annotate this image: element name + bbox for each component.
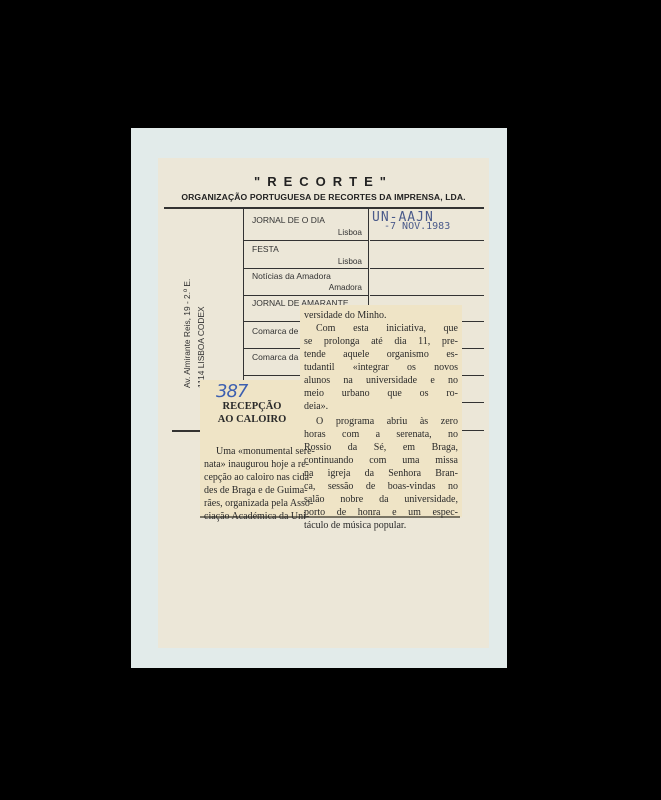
row-rule bbox=[370, 295, 484, 296]
article-line: na igreja da Senhora Bran- bbox=[304, 467, 458, 480]
article-line: porto de honra e um espec- bbox=[304, 506, 458, 519]
row-rule bbox=[462, 348, 484, 349]
article-line: ciação Académica da Uni- bbox=[204, 510, 300, 523]
article-line: Com esta iniciativa, que bbox=[304, 322, 458, 335]
table-column-divider bbox=[368, 208, 369, 308]
row-rule bbox=[243, 348, 303, 349]
publication-name: Notícias da Amadora bbox=[252, 271, 331, 281]
address-line-2: 1114 LISBOA CODEX bbox=[194, 279, 208, 388]
publication-name: JORNAL DE O DIA bbox=[252, 215, 325, 225]
article-line: rães, organizada pela Asso- bbox=[204, 497, 300, 510]
header-rule bbox=[164, 207, 484, 209]
row-rule bbox=[243, 240, 368, 241]
article-line: versidade do Minho. bbox=[304, 309, 458, 322]
headline: RECEPÇÃO AO CALOIRO bbox=[202, 400, 302, 426]
row-rule bbox=[462, 375, 484, 376]
row-rule bbox=[243, 375, 303, 376]
article-right-column-p1: versidade do Minho.Com esta iniciativa, … bbox=[304, 309, 458, 413]
article-line: se prolonga até dia 11, pre- bbox=[304, 335, 458, 348]
stamp-date: -7 NOV.1983 bbox=[384, 221, 450, 232]
handwritten-number: 387 bbox=[216, 381, 247, 402]
article-line: tende aquele organismo es- bbox=[304, 348, 458, 361]
headline-line-1: RECEPÇÃO bbox=[202, 400, 302, 413]
article-line: O programa abriu às zero bbox=[304, 415, 458, 428]
article-line: continuando com uma missa bbox=[304, 454, 458, 467]
row-rule bbox=[370, 240, 484, 241]
address-block: Av. Almirante Reis, 19 - 2.º E. 1114 LIS… bbox=[180, 279, 208, 388]
row-rule bbox=[462, 430, 484, 431]
article-line: des de Braga e de Guima- bbox=[204, 484, 300, 497]
article-line: alunos na universidade e no bbox=[304, 374, 458, 387]
article-left-column: Uma «monumental sere-nata» inaugurou hoj… bbox=[204, 445, 300, 523]
article-line: deia». bbox=[304, 400, 458, 413]
row-rule bbox=[243, 295, 368, 296]
row-rule bbox=[370, 268, 484, 269]
article-right-column-p2: O programa abriu às zerohoras com a sere… bbox=[304, 415, 458, 532]
letterhead-title: "RECORTE" bbox=[158, 174, 489, 189]
row-rule bbox=[243, 321, 303, 322]
article-line: ca, sessão de boas-vindas no bbox=[304, 480, 458, 493]
publication-city: Lisboa bbox=[252, 257, 362, 266]
article-line: horas com a serenata, no bbox=[304, 428, 458, 441]
publication-city: Amadora bbox=[252, 283, 362, 292]
publication-city: Lisboa bbox=[252, 228, 362, 237]
publication-name: FESTA bbox=[252, 244, 279, 254]
article-line: tudantil «integrar os novos bbox=[304, 361, 458, 374]
article-line: meio urbano que os ro- bbox=[304, 387, 458, 400]
article-line: táculo de música popular. bbox=[304, 519, 458, 532]
clipping-service-card: "RECORTE" ORGANIZAÇÃO PORTUGUESA DE RECO… bbox=[158, 158, 489, 648]
article-line: Rossio da Sé, em Braga, bbox=[304, 441, 458, 454]
row-rule bbox=[172, 430, 202, 432]
article-line: cepção ao caloiro nas cida- bbox=[204, 471, 300, 484]
row-rule bbox=[462, 321, 484, 322]
article-line: salão nobre da universidade, bbox=[304, 493, 458, 506]
article-line: nata» inaugurou hoje a re- bbox=[204, 458, 300, 471]
headline-line-2: AO CALOIRO bbox=[202, 413, 302, 426]
address-line-1: Av. Almirante Reis, 19 - 2.º E. bbox=[180, 279, 194, 388]
article-line: Uma «monumental sere- bbox=[204, 445, 300, 458]
row-rule bbox=[243, 268, 368, 269]
letterhead-subtitle: ORGANIZAÇÃO PORTUGUESA DE RECORTES DA IM… bbox=[158, 192, 489, 202]
row-rule bbox=[462, 402, 484, 403]
